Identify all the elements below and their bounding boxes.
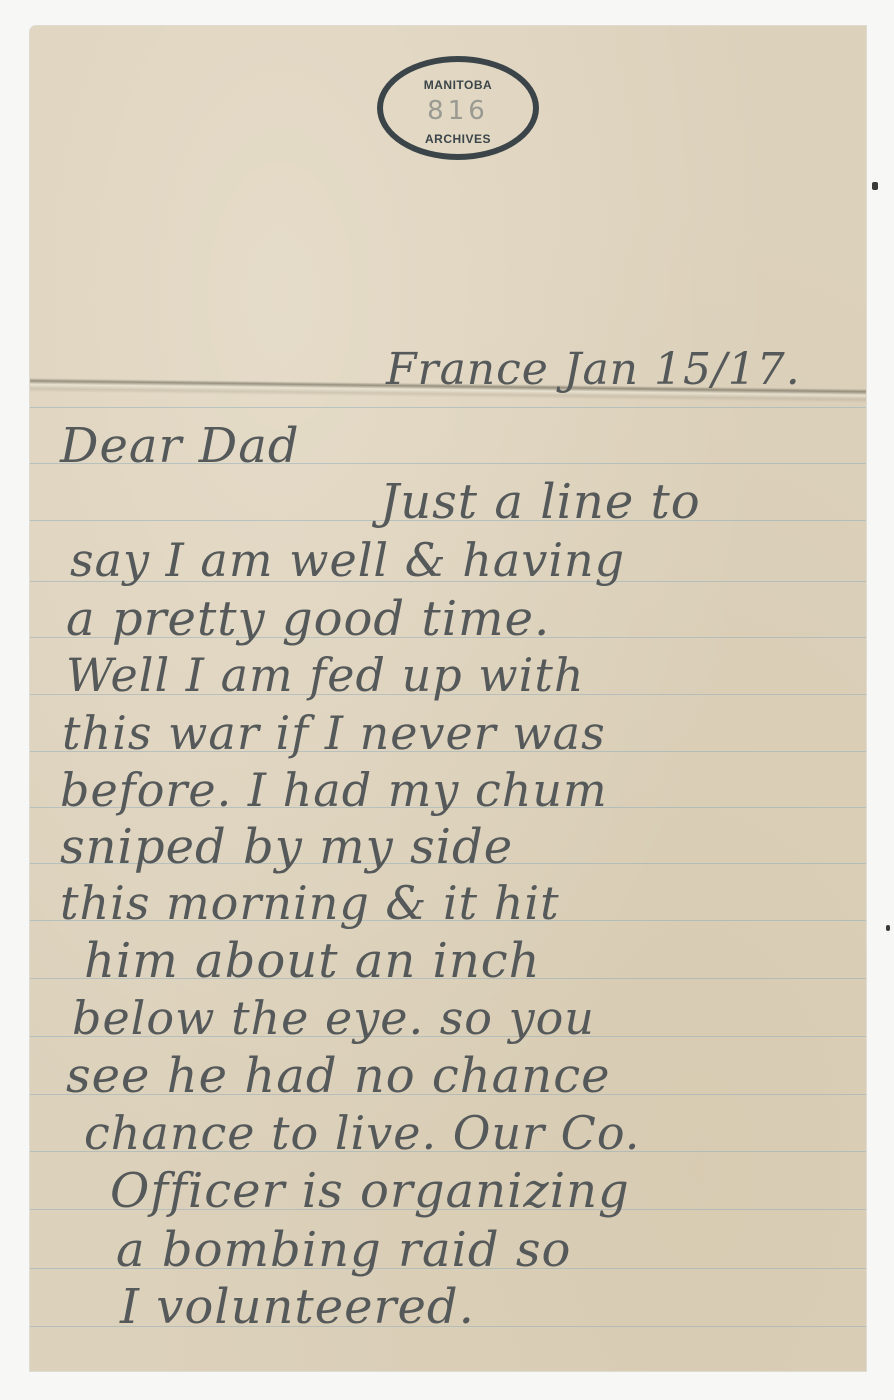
letter-line: chance to live. Our Co. bbox=[84, 1106, 640, 1160]
letter-line: say I am well & having bbox=[70, 533, 625, 587]
stamp-bottom-text: ARCHIVES bbox=[383, 132, 533, 146]
letter-line: below the eye. so you bbox=[72, 991, 595, 1045]
letter-line: Officer is organizing bbox=[110, 1163, 630, 1219]
letter-line: this war if I never was bbox=[62, 706, 606, 760]
letter-line: a pretty good time. bbox=[66, 591, 550, 647]
letter-line: I volunteered. bbox=[120, 1279, 475, 1335]
salutation: Dear Dad bbox=[60, 418, 300, 474]
letter-line: a bombing raid so bbox=[116, 1222, 571, 1278]
letter-page: MANITOBA 816 ARCHIVES France Jan 15/17. … bbox=[30, 26, 866, 1371]
stamp-top-text: MANITOBA bbox=[383, 78, 533, 92]
letter-line: this morning & it hit bbox=[60, 876, 560, 930]
dust-speck bbox=[872, 182, 878, 190]
letter-line: before. I had my chum bbox=[60, 763, 608, 817]
letter-line: sniped by my side bbox=[60, 819, 513, 875]
dateline: France Jan 15/17. bbox=[386, 344, 801, 395]
stamp-number: 816 bbox=[383, 96, 533, 126]
letter-line: Just a line to bbox=[380, 474, 701, 530]
letter-line: him about an inch bbox=[84, 933, 541, 989]
ruled-line bbox=[30, 407, 866, 408]
archive-stamp: MANITOBA 816 ARCHIVES bbox=[377, 56, 539, 160]
letter-line: see he had no chance bbox=[66, 1048, 610, 1104]
letter-line: Well I am fed up with bbox=[66, 648, 584, 702]
dust-speck bbox=[886, 925, 890, 931]
